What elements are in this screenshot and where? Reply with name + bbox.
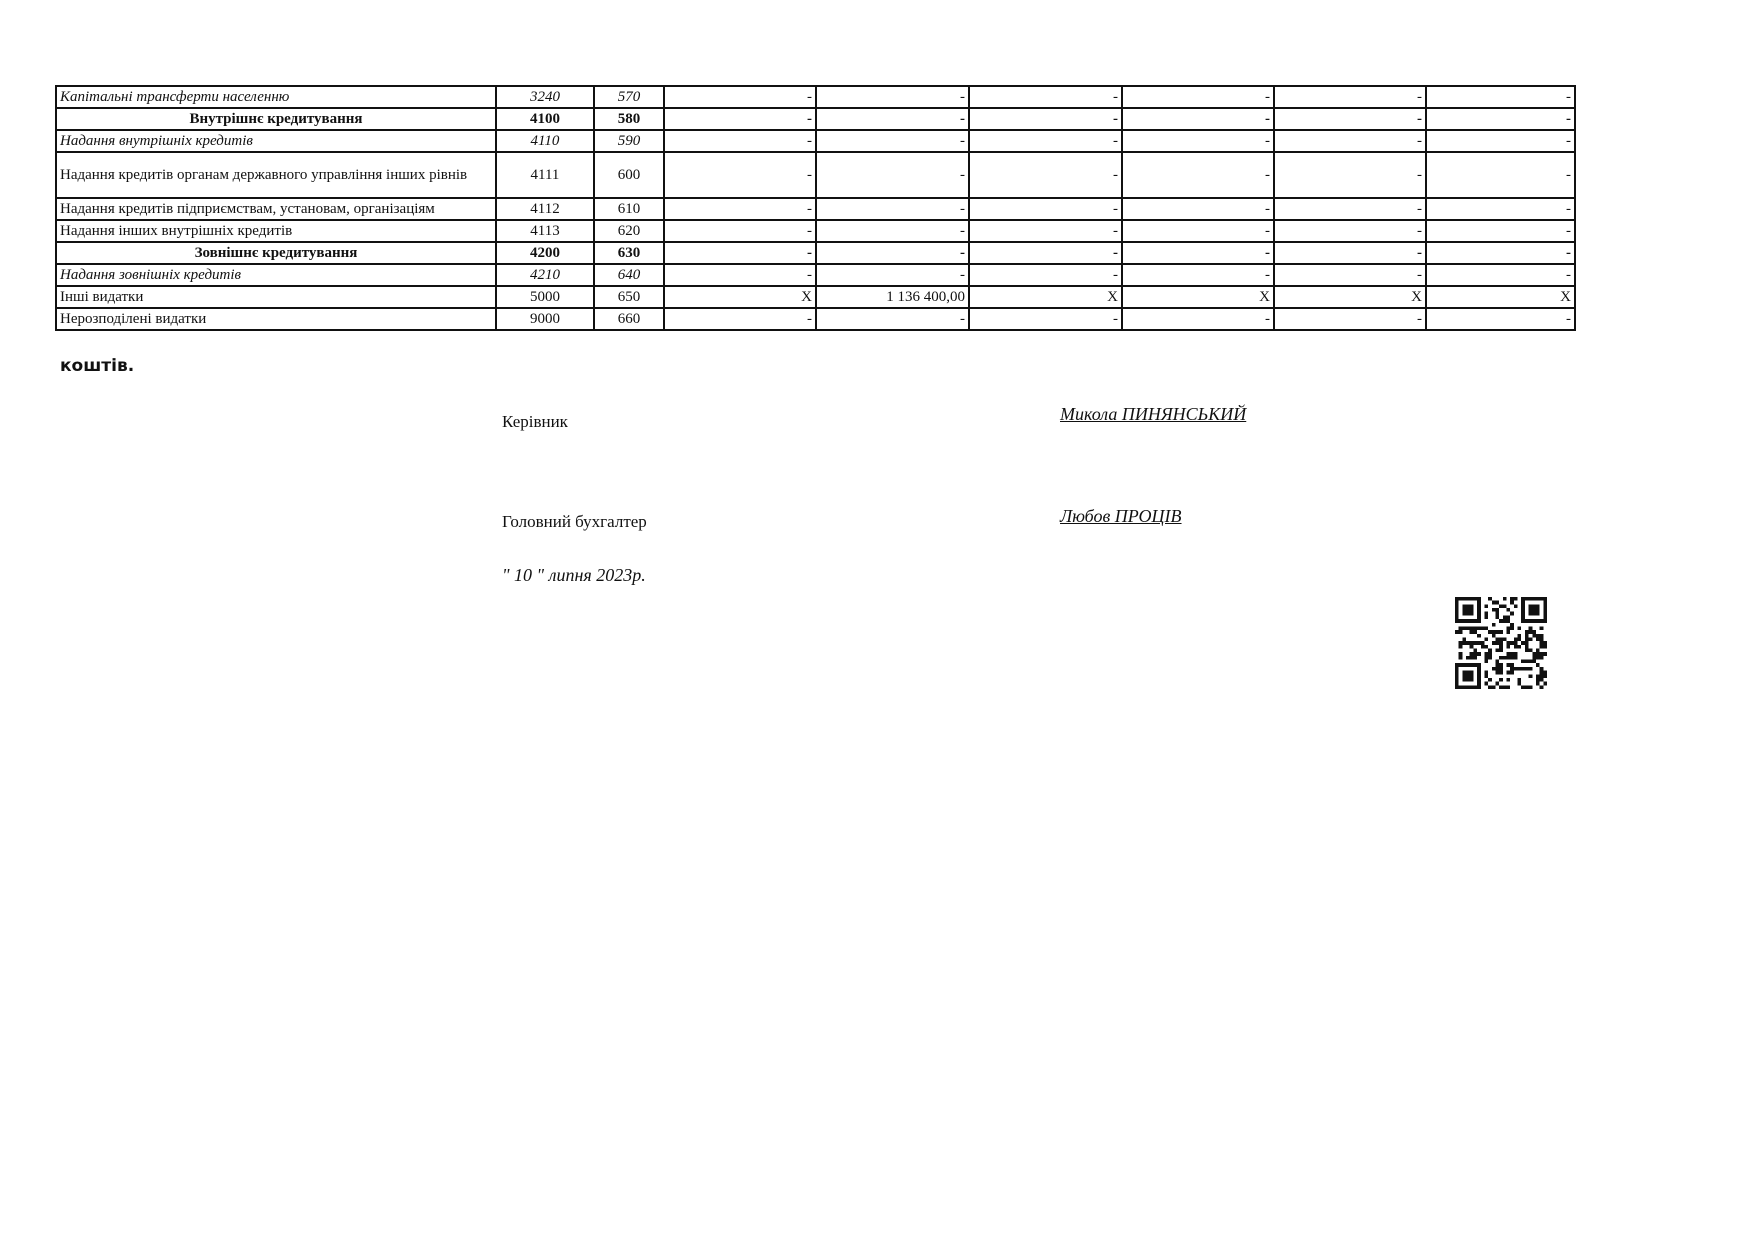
row-value: - — [1122, 264, 1274, 286]
row-code: 4113 — [496, 220, 594, 242]
row-value: - — [664, 130, 816, 152]
row-line-number: 600 — [594, 152, 664, 198]
row-value: - — [816, 198, 969, 220]
row-value: - — [1122, 198, 1274, 220]
row-value: - — [969, 86, 1122, 108]
row-value: - — [1426, 220, 1575, 242]
row-value: - — [1426, 308, 1575, 330]
row-value: - — [969, 198, 1122, 220]
document-page: Капітальні трансферти населенню3240570--… — [0, 0, 1753, 1240]
row-value: - — [664, 108, 816, 130]
row-value: - — [969, 220, 1122, 242]
row-value: - — [1274, 242, 1426, 264]
row-value: - — [816, 130, 969, 152]
row-value: - — [816, 108, 969, 130]
row-value: - — [1122, 220, 1274, 242]
row-code: 9000 — [496, 308, 594, 330]
row-value: - — [1274, 130, 1426, 152]
row-name: Зовнішнє кредитування — [56, 242, 496, 264]
row-value: - — [1426, 86, 1575, 108]
row-name: Надання зовнішніх кредитів — [56, 264, 496, 286]
row-value: - — [816, 242, 969, 264]
row-value: - — [1274, 198, 1426, 220]
table-row: Надання кредитів органам державного упра… — [56, 152, 1575, 198]
row-value: - — [1122, 152, 1274, 198]
row-value: - — [1426, 242, 1575, 264]
row-value: - — [816, 220, 969, 242]
row-name: Капітальні трансферти населенню — [56, 86, 496, 108]
row-value: - — [664, 198, 816, 220]
table-body: Капітальні трансферти населенню3240570--… — [56, 86, 1575, 330]
row-value: X — [664, 286, 816, 308]
table-row: Надання внутрішніх кредитів4110590------ — [56, 130, 1575, 152]
row-value: - — [1274, 264, 1426, 286]
head-label: Керівник — [502, 412, 568, 432]
row-line-number: 570 — [594, 86, 664, 108]
row-code: 4200 — [496, 242, 594, 264]
row-value: - — [1274, 308, 1426, 330]
row-value: - — [969, 308, 1122, 330]
row-line-number: 580 — [594, 108, 664, 130]
row-code: 4110 — [496, 130, 594, 152]
row-value: - — [1122, 130, 1274, 152]
row-value: - — [816, 308, 969, 330]
row-value: - — [1274, 220, 1426, 242]
row-code: 3240 — [496, 86, 594, 108]
row-value: - — [1122, 308, 1274, 330]
row-line-number: 620 — [594, 220, 664, 242]
qr-code-icon — [1455, 593, 1547, 693]
row-name: Надання кредитів підприємствам, установа… — [56, 198, 496, 220]
head-name: Микола ПИНЯНСЬКИЙ — [1060, 404, 1246, 425]
accountant-label: Головний бухгалтер — [502, 512, 647, 532]
row-code: 4111 — [496, 152, 594, 198]
footnote-text: коштів. — [60, 356, 134, 376]
row-value: - — [1274, 152, 1426, 198]
row-code: 5000 — [496, 286, 594, 308]
row-value: - — [969, 108, 1122, 130]
row-name: Надання внутрішніх кредитів — [56, 130, 496, 152]
row-value: - — [1426, 264, 1575, 286]
row-value: - — [816, 86, 969, 108]
row-code: 4210 — [496, 264, 594, 286]
row-value: - — [664, 264, 816, 286]
row-name: Нерозподілені видатки — [56, 308, 496, 330]
table-row: Капітальні трансферти населенню3240570--… — [56, 86, 1575, 108]
row-value: - — [969, 242, 1122, 264]
row-line-number: 610 — [594, 198, 664, 220]
table-row: Інші видатки5000650X1 136 400,00XXXX — [56, 286, 1575, 308]
row-value: - — [969, 152, 1122, 198]
table-row: Надання зовнішніх кредитів4210640------ — [56, 264, 1575, 286]
row-line-number: 650 — [594, 286, 664, 308]
table-row: Надання кредитів підприємствам, установа… — [56, 198, 1575, 220]
row-value: - — [1122, 86, 1274, 108]
row-value: 1 136 400,00 — [816, 286, 969, 308]
accountant-name: Любов ПРОЦІВ — [1060, 506, 1182, 527]
row-value: - — [664, 308, 816, 330]
row-value: - — [664, 152, 816, 198]
row-value: X — [1426, 286, 1575, 308]
row-value: - — [1122, 108, 1274, 130]
expenditure-table: Капітальні трансферти населенню3240570--… — [55, 85, 1576, 331]
row-line-number: 640 — [594, 264, 664, 286]
row-value: X — [1274, 286, 1426, 308]
table-row: Нерозподілені видатки9000660------ — [56, 308, 1575, 330]
row-code: 4100 — [496, 108, 594, 130]
row-value: - — [664, 242, 816, 264]
row-value: X — [969, 286, 1122, 308]
row-value: - — [969, 264, 1122, 286]
row-name: Надання кредитів органам державного упра… — [56, 152, 496, 198]
row-name: Внутрішнє кредитування — [56, 108, 496, 130]
row-value: - — [1122, 242, 1274, 264]
row-name: Інші видатки — [56, 286, 496, 308]
row-line-number: 660 — [594, 308, 664, 330]
row-value: X — [1122, 286, 1274, 308]
table-row: Внутрішнє кредитування4100580------ — [56, 108, 1575, 130]
table-row: Зовнішнє кредитування4200630------ — [56, 242, 1575, 264]
row-value: - — [816, 264, 969, 286]
document-date: " 10 " липня 2023р. — [502, 565, 646, 586]
row-value: - — [1274, 108, 1426, 130]
row-code: 4112 — [496, 198, 594, 220]
row-value: - — [1426, 108, 1575, 130]
table-row: Надання інших внутрішніх кредитів4113620… — [56, 220, 1575, 242]
row-line-number: 630 — [594, 242, 664, 264]
row-value: - — [1426, 130, 1575, 152]
row-value: - — [1426, 152, 1575, 198]
row-name: Надання інших внутрішніх кредитів — [56, 220, 496, 242]
row-value: - — [664, 220, 816, 242]
row-value: - — [664, 86, 816, 108]
row-value: - — [1274, 86, 1426, 108]
row-line-number: 590 — [594, 130, 664, 152]
row-value: - — [816, 152, 969, 198]
row-value: - — [1426, 198, 1575, 220]
row-value: - — [969, 130, 1122, 152]
